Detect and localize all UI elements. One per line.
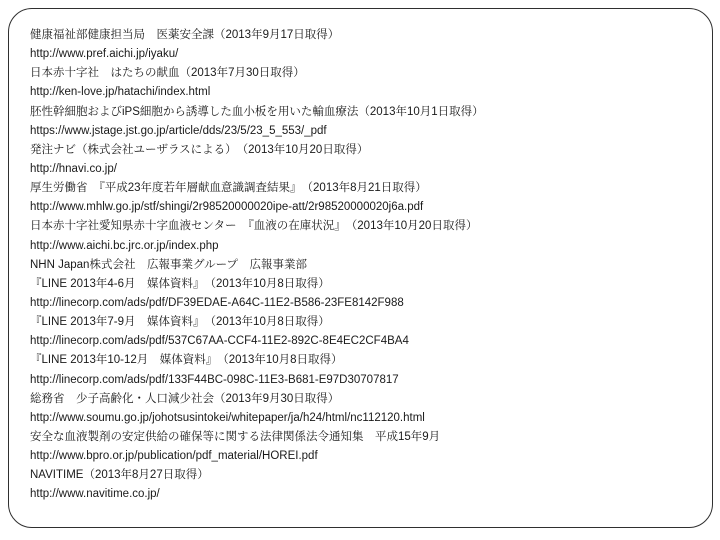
reference-url: http://ken-love.jp/hatachi/index.html bbox=[30, 83, 710, 102]
reference-line: 総務省 少子高齢化・人口減少社会（2013年9月30日取得） bbox=[30, 390, 710, 409]
reference-url: http://www.mhlw.go.jp/stf/shingi/2r98520… bbox=[30, 198, 710, 217]
reference-url: http://linecorp.com/ads/pdf/537C67AA-CCF… bbox=[30, 332, 710, 351]
reference-url: http://hnavi.co.jp/ bbox=[30, 160, 710, 179]
reference-line: 安全な血液製剤の安定供給の確保等に関する法律関係法令通知集 平成15年9月 bbox=[30, 428, 710, 447]
reference-line: 胚性幹細胞およびiPS細胞から誘導した血小板を用いた輸血療法（2013年10月1… bbox=[30, 103, 710, 122]
reference-url: http://linecorp.com/ads/pdf/133F44BC-098… bbox=[30, 371, 710, 390]
reference-url: http://www.soumu.go.jp/johotsusintokei/w… bbox=[30, 409, 710, 428]
reference-line: 日本赤十字社 はたちの献血（2013年7月30日取得） bbox=[30, 64, 710, 83]
reference-line: 健康福祉部健康担当局 医薬安全課（2013年9月17日取得） bbox=[30, 26, 710, 45]
reference-line: 『LINE 2013年4-6月 媒体資料』 （2013年10月8日取得） bbox=[30, 275, 710, 294]
reference-url: http://www.navitime.co.jp/ bbox=[30, 485, 710, 504]
reference-url: https://www.jstage.jst.go.jp/article/dds… bbox=[30, 122, 710, 141]
reference-line: NAVITIME（2013年8月27日取得） bbox=[30, 466, 710, 485]
reference-line: 『LINE 2013年10-12月 媒体資料』 （2013年10月8日取得） bbox=[30, 351, 710, 370]
reference-line: 厚生労働省 『平成23年度若年層献血意識調査結果』 （2013年8月21日取得） bbox=[30, 179, 710, 198]
reference-line: 『LINE 2013年7-9月 媒体資料』 （2013年10月8日取得） bbox=[30, 313, 710, 332]
references-slide: 健康福祉部健康担当局 医薬安全課（2013年9月17日取得） http://ww… bbox=[0, 0, 720, 540]
reference-url: http://www.bpro.or.jp/publication/pdf_ma… bbox=[30, 447, 710, 466]
references-list: 健康福祉部健康担当局 医薬安全課（2013年9月17日取得） http://ww… bbox=[30, 26, 710, 505]
reference-line: NHN Japan株式会社 広報事業グループ 広報事業部 bbox=[30, 256, 710, 275]
reference-url: http://linecorp.com/ads/pdf/DF39EDAE-A64… bbox=[30, 294, 710, 313]
reference-url: http://www.pref.aichi.jp/iyaku/ bbox=[30, 45, 710, 64]
reference-line: 日本赤十字社愛知県赤十字血液センター 『血液の在庫状況』 （2013年10月20… bbox=[30, 217, 710, 236]
reference-line: 発注ナビ（株式会社ユーザラスによる） （2013年10月20日取得） bbox=[30, 141, 710, 160]
reference-url: http://www.aichi.bc.jrc.or.jp/index.php bbox=[30, 237, 710, 256]
